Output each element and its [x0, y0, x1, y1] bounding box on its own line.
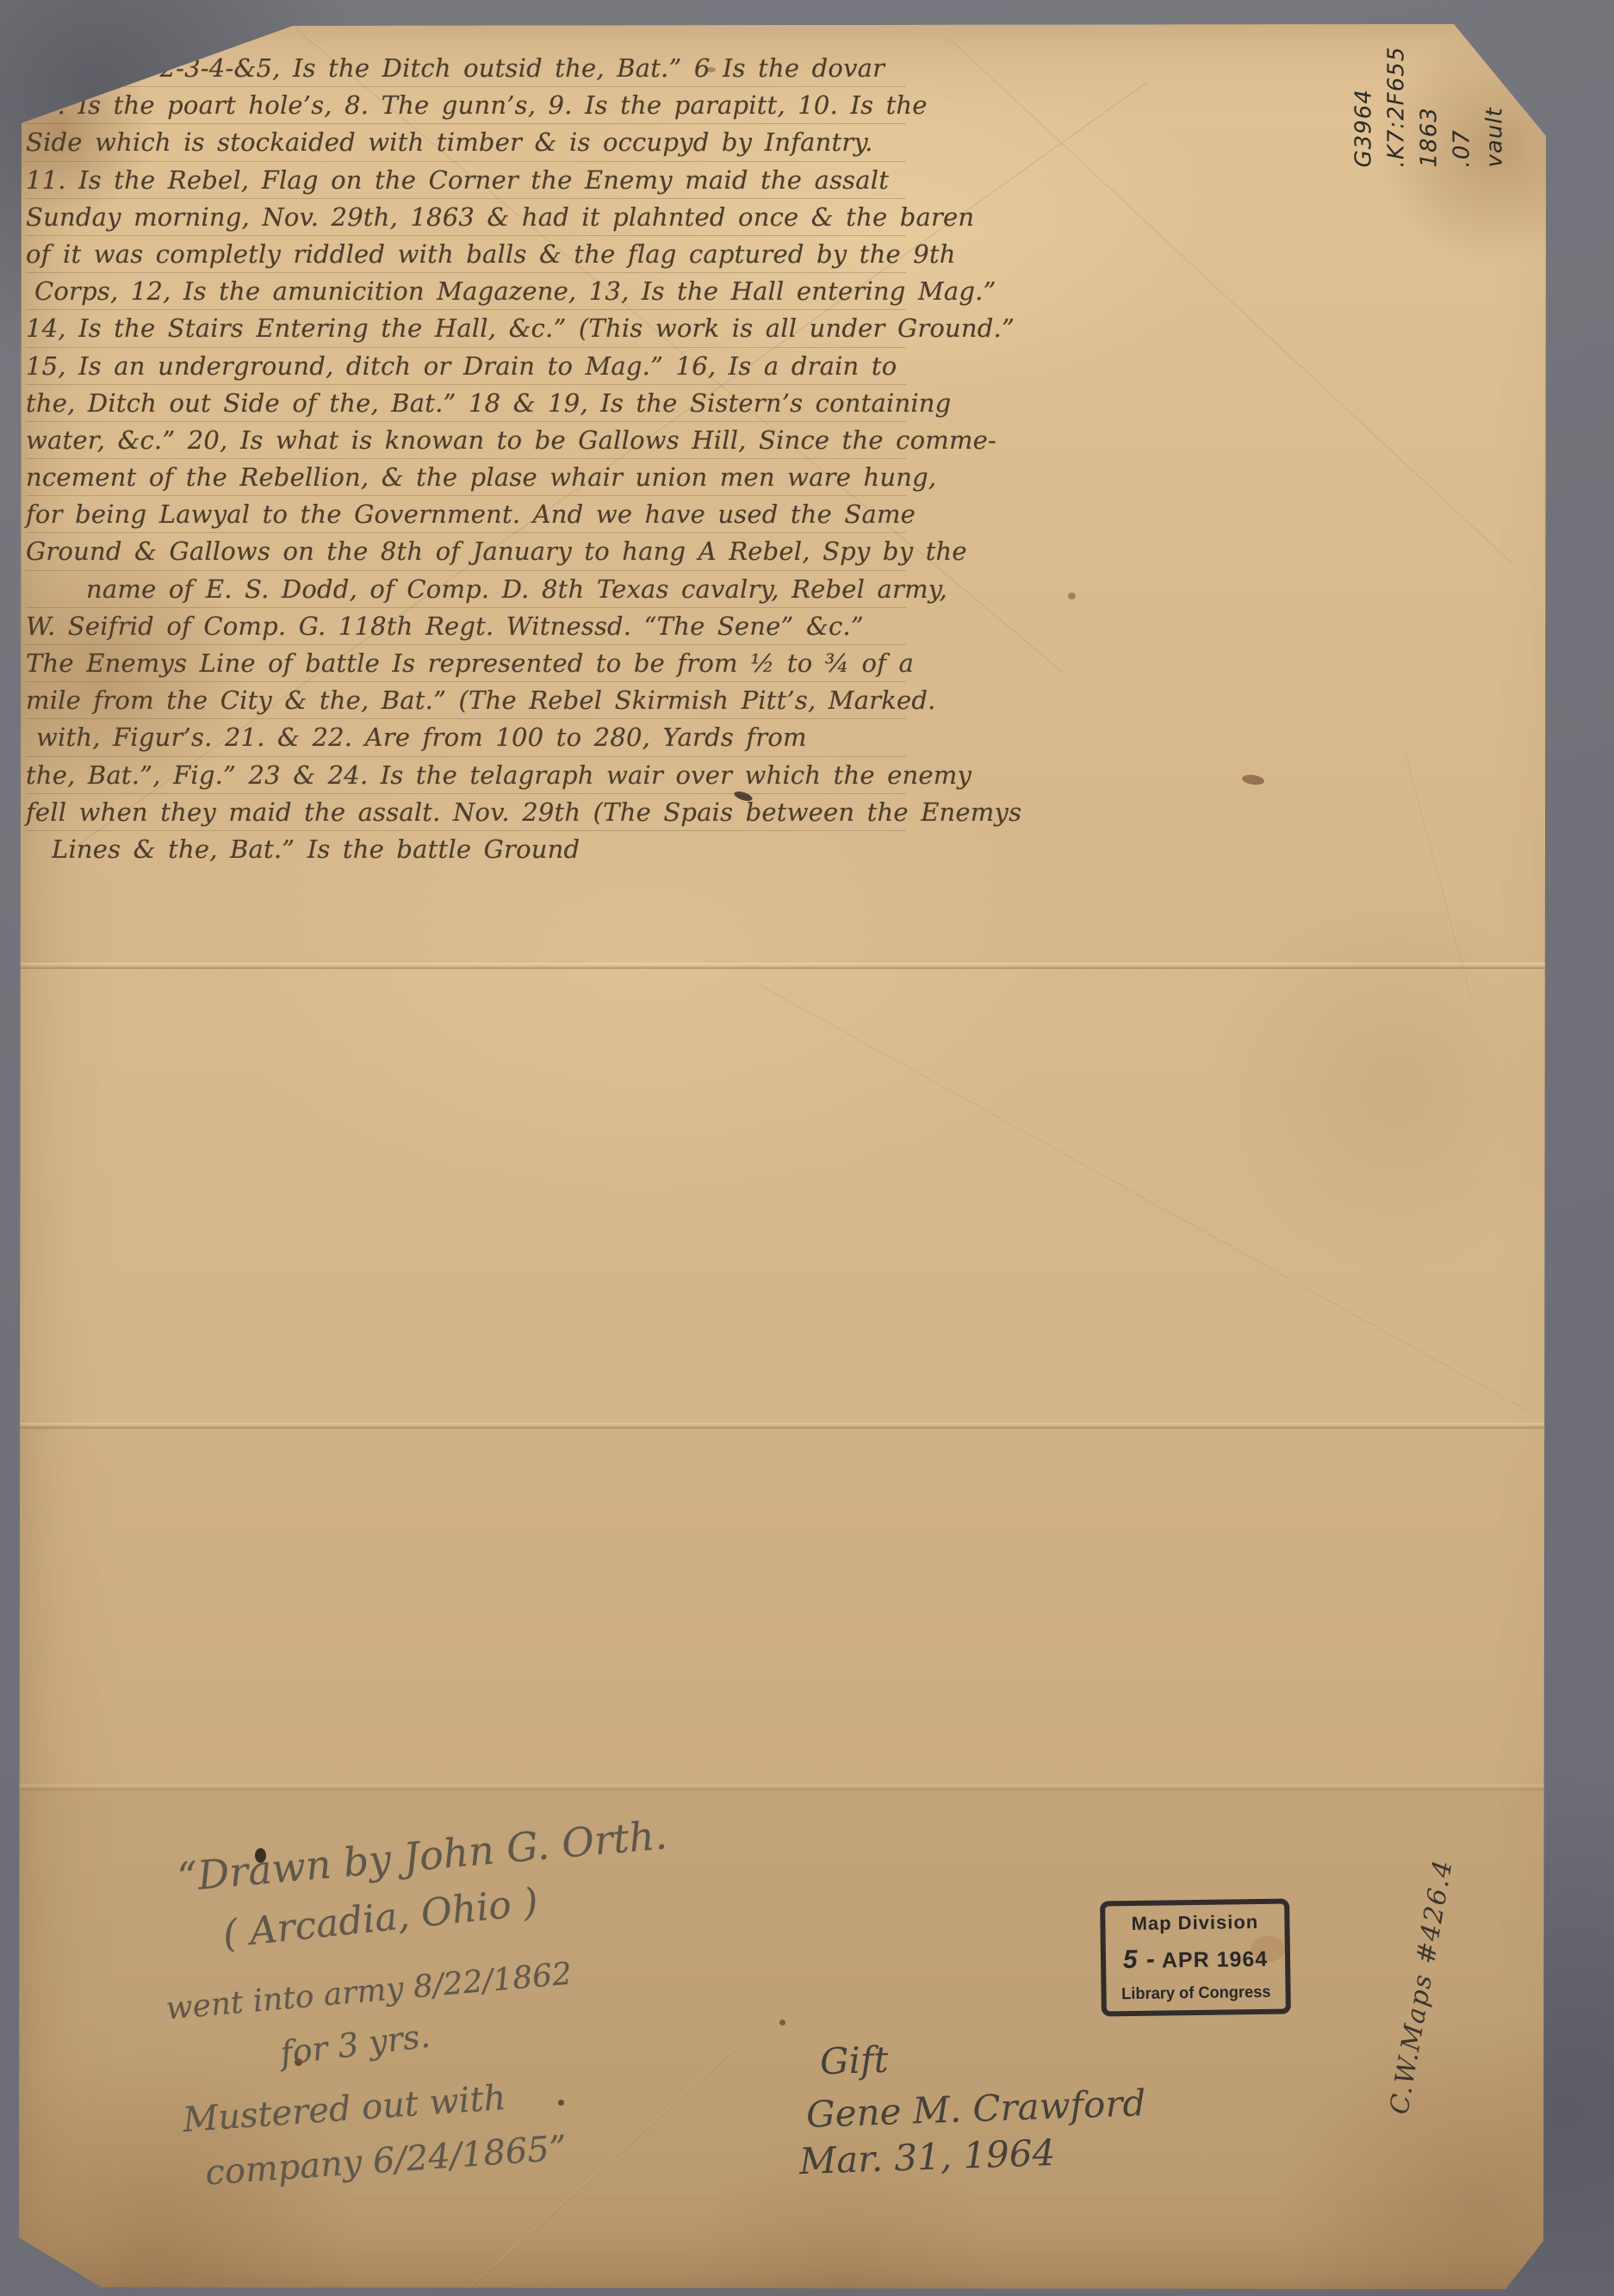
stamp-date-rest: APR 1964 [1162, 1947, 1269, 1973]
gift-note-date: Mar. 31, 1964 [798, 2132, 1056, 2182]
fold-line [0, 1423, 1614, 1429]
pencil-note-army: went into army 8/22/1862 [165, 1956, 573, 2026]
manuscript-line: 7. Is the poart hole’s, 8. The gunn’s, 9… [26, 87, 906, 124]
manuscript-line: W. Seifrid of Comp. G. 118th Regt. Witne… [26, 608, 906, 645]
manuscript-text-block: Figurs, urs, 1-2-3-4-&5, Is the Ditch ou… [26, 22, 906, 867]
stamp-date-day: 5 - [1123, 1945, 1156, 1975]
stamp-institution-text: Library of Congress [1121, 1983, 1271, 2004]
call-number-line: .K7:2F655 [1381, 26, 1413, 168]
pencil-note-drawn-by: “Drawn by John G. Orth. [176, 1811, 669, 1900]
gift-note-name: Gene M. Crawford [805, 2082, 1146, 2136]
collection-mark: C.W.Maps #426.4 [1384, 1789, 1474, 2117]
manuscript-line: name of E. S. Dodd, of Comp. D. 8th Texa… [26, 571, 906, 608]
manuscript-heading: Figurs, [83, 22, 906, 50]
stain-spot [1068, 593, 1076, 599]
paper-sheet: Figurs, urs, 1-2-3-4-&5, Is the Ditch ou… [0, 0, 1614, 2296]
manuscript-line: 11. Is the Rebel, Flag on the Corner the… [26, 162, 906, 199]
pencil-note-years: for 3 yrs. [278, 2017, 432, 2073]
library-of-congress-stamp: Map Division 5 - APR 1964 Library of Con… [1100, 1898, 1291, 2016]
crease-line [757, 982, 1534, 1414]
fold-line [0, 963, 1614, 969]
manuscript-line: 14, Is the Stairs Entering the Hall, &c.… [26, 310, 906, 347]
manuscript-line: water, &c.” 20, Is what is knowan to be … [26, 422, 906, 459]
manuscript-line: Ground & Gallows on the 8th of January t… [26, 533, 906, 570]
manuscript-line: mile from the City & the, Bat.” (The Reb… [26, 682, 906, 719]
manuscript-line: fell when they maid the assalt. Nov. 29t… [26, 794, 906, 831]
stamp-division-text: Map Division [1131, 1911, 1258, 1935]
call-number-line: .07 [1446, 26, 1479, 168]
manuscript-line: ncement of the Rebellion, & the plase wh… [26, 459, 906, 496]
manuscript-line: The Enemys Line of battle Is represented… [26, 645, 906, 682]
manuscript-line: Side which is stockaided with timber & i… [26, 124, 906, 161]
manuscript-line: urs, 1-2-3-4-&5, Is the Ditch outsid the… [26, 50, 906, 87]
manuscript-line: 15, Is an underground, ditch or Drain to… [26, 348, 906, 385]
call-number-line: vault [1479, 26, 1512, 168]
gift-note-gift: Gift [819, 2038, 889, 2083]
manuscript-line: for being Lawyal to the Government. And … [26, 496, 906, 533]
manuscript-line: with, Figur’s. 21. & 22. Are from 100 to… [26, 719, 906, 756]
manuscript-line: Sunday morning, Nov. 29th, 1863 & had it… [26, 199, 906, 236]
call-number-line: 1863 [1413, 26, 1446, 168]
manuscript-line: the, Bat.”, Fig.” 23 & 24. Is the telagr… [26, 757, 906, 794]
paper-panel-tint [0, 966, 1614, 1425]
stain-spot [1241, 773, 1264, 786]
call-number-line: G3964 [1348, 26, 1381, 168]
manuscript-line: Lines & the, Bat.” Is the battle Ground [26, 831, 906, 867]
stamp-date: 5 - APR 1964 [1123, 1944, 1269, 1975]
manuscript-line: of it was completly riddled with balls &… [26, 236, 906, 273]
call-number-block: G3964 .K7:2F655 1863 .07 vault [1348, 26, 1512, 168]
stain-spot [558, 2100, 564, 2106]
stain-spot [779, 2020, 785, 2026]
scan-background: Figurs, urs, 1-2-3-4-&5, Is the Ditch ou… [0, 0, 1614, 2296]
fold-line [0, 1784, 1614, 1790]
manuscript-line: the, Ditch out Side of the, Bat.” 18 & 1… [26, 385, 906, 422]
pencil-note-company: company 6/24/1865” [204, 2128, 568, 2193]
manuscript-line: Corps, 12, Is the amunicition Magazene, … [26, 273, 906, 310]
pencil-note-mustered: Mustered out with [182, 2078, 507, 2140]
